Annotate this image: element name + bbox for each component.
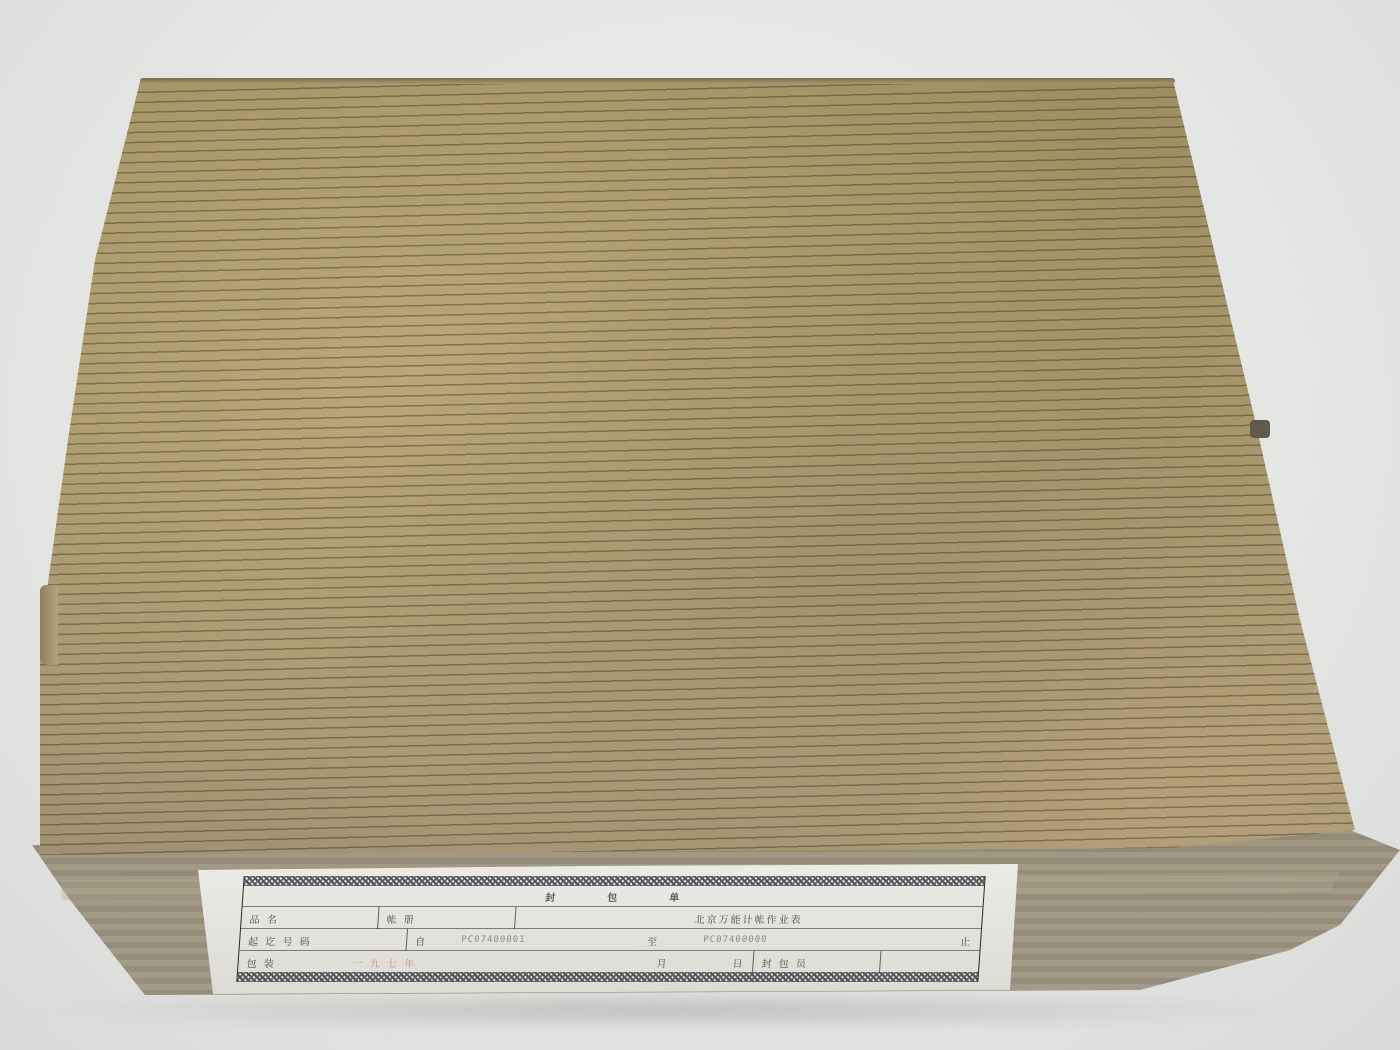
day-label: 日 — [676, 951, 755, 973]
box-top-edge — [140, 78, 1175, 84]
packing-label: 封 包 单 品 名 帐 册 北京万能计帐作业表 起 讫 号 码 自 PC0740… — [198, 862, 1018, 994]
guilloche-border-bottom — [237, 972, 978, 982]
serial-range-label: 起 讫 号 码 — [239, 929, 408, 951]
packing-label-text: 包 装 — [238, 951, 346, 973]
serial-to-value: PC07400000 — [694, 929, 932, 951]
item-name-value: 帐 册 — [378, 907, 517, 929]
torn-paper-right — [1250, 420, 1270, 438]
serial-end-label: 止 — [930, 929, 981, 951]
item-description: 北京万能计帐作业表 — [515, 907, 983, 929]
label-title: 封 包 单 — [243, 886, 984, 906]
box-shadow — [20, 990, 1320, 1030]
label-row-serial: 起 讫 号 码 自 PC07400001 至 PC07400000 止 — [239, 928, 981, 951]
label-form: 封 包 单 品 名 帐 册 北京万能计帐作业表 起 讫 号 码 自 PC0740… — [236, 876, 985, 982]
serial-to-label: 至 — [638, 929, 696, 951]
sealer-value — [880, 951, 980, 973]
guilloche-border-top — [244, 876, 985, 886]
photo-scene: 封 包 单 品 名 帐 册 北京万能计帐作业表 起 讫 号 码 自 PC0740… — [0, 0, 1400, 1050]
packing-date: 一 九 七 年 — [344, 951, 562, 973]
label-row-packing: 包 装 一 九 七 年 月 日 封 包 员 — [238, 950, 980, 973]
serial-from-value: PC07400001 — [452, 929, 640, 951]
title-char: 单 — [669, 889, 682, 904]
torn-paper-left — [40, 585, 58, 665]
serial-from-label: 自 — [406, 929, 454, 951]
label-row-item: 品 名 帐 册 北京万能计帐作业表 — [241, 906, 983, 929]
item-name-label: 品 名 — [241, 907, 380, 929]
title-char: 封 — [545, 889, 558, 904]
month-label: 月 — [560, 951, 678, 973]
title-char: 包 — [607, 889, 620, 904]
sealer-label: 封 包 员 — [753, 951, 882, 973]
